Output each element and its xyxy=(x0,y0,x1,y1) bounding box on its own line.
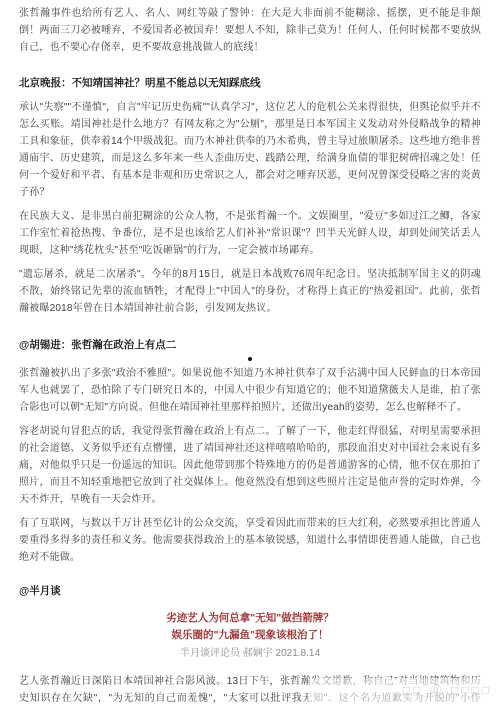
paragraph-hu-1: 张哲瀚被扒出了多张"政治不雅照"。如果说他不知道乃木神社供奉了双手沾满中国人民鲜… xyxy=(19,365,481,416)
quote-title-block: 劣迹艺人为何总拿"无知"做挡箭牌？ 娱乐圈的"九漏鱼"现象该根治了！ 半月谈评论… xyxy=(19,610,481,661)
separator-dot xyxy=(19,357,481,361)
quote-title-line2: 娱乐圈的"九漏鱼"现象该根治了！ xyxy=(19,627,481,644)
paragraph-hu-2: 容老胡说句冒犯点的话，我觉得张哲瀚在政治上有点二。了解了一下，他走红得很猛，对明… xyxy=(19,423,481,508)
paragraph-beijing-3: "遗忘屠杀，就是二次屠杀"。今年的8月15日，就是日本战败76周年纪念日。坚决抵… xyxy=(19,266,481,317)
quote-byline: 半月谈评论员 郝娴宇 2021.8.14 xyxy=(19,646,481,661)
article-page: 张哲瀚事件也给所有艺人、名人、网红等敲了警钟：在大是大非面前不能糊涂、摇摆，更不… xyxy=(0,0,500,707)
paragraph-beijing-1: 承认"失察""不谨慎"，自言"牢记历史伤痛""认真学习"，这位艺人的危机公关来得… xyxy=(19,99,481,201)
paragraph-hu-3: 有了互联网，与数以千万计甚至亿计的公众交流，享受着因此而带来的巨大红利，必然要承… xyxy=(19,515,481,566)
heading-hu-xijin: @胡锡进：张哲瀚在政治上有点二 xyxy=(19,336,481,355)
dot-icon xyxy=(248,357,252,361)
paragraph-beijing-2: 在民族大义、是非黑白前犯糊涂的公众人物，不是张哲瀚一个。文娱圈里，"爱豆"多如过… xyxy=(19,208,481,259)
paragraph-warning: 张哲瀚事件也给所有艺人、名人、网红等敲了警钟：在大是大非面前不能糊涂、摇摆，更不… xyxy=(19,5,481,56)
watermark: □□ ＠ □□□□ xyxy=(308,678,492,702)
quote-title-line1: 劣迹艺人为何总拿"无知"做挡箭牌？ xyxy=(19,610,481,627)
heading-beijing-wanbao: 北京晚报：不知靖国神社？明星不能总以无知踩底线 xyxy=(19,74,481,93)
heading-banyuetan: @半月谈 xyxy=(19,582,481,601)
